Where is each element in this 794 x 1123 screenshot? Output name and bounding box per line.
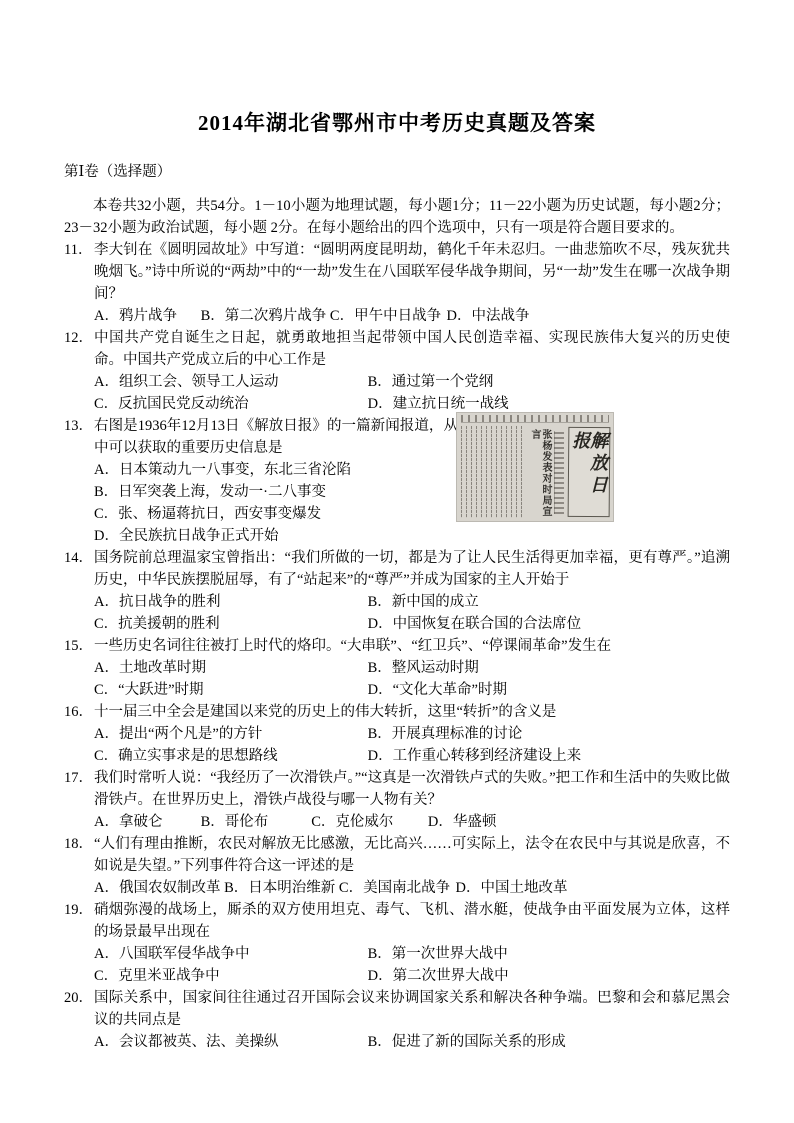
question-stem: 李大钊在《圆明园故址》中写道：“圆明两度昆明劫，鹤化千年未忍归。一曲悲笳吹不尽，… [94,242,730,302]
question-15: 15． 一些历史名词往往被打上时代的烙印。“大串联”、“红卫兵”、“停课闹革命”… [64,635,730,701]
options-grid: A．组织工会、领导工人运动 B．通过第一个党纲 C．反抗国民党反动统治 D．建立… [94,371,730,415]
question-12: 12． 中国共产党自诞生之日起，就勇敢地担当起带领中国人民创造幸福、实现民族伟大… [64,327,730,415]
question-14: 14． 国务院前总理温家宝曾指出：“我们所做的一切，都是为了让人民生活得更加幸福… [64,547,730,635]
option-b: B．通过第一个党纲 [368,371,494,393]
question-stem: 我们时常听人说：“我经历了一次滑铁卢。”“这真是一次滑铁卢式的失败。”把工作和生… [94,770,730,808]
newspaper-subcolumn [554,431,564,514]
option-c: C．确立实事求是的思想路线 [94,745,364,767]
section-heading: 第Ⅰ卷（选择题） [64,161,730,183]
question-stem: 国务院前总理温家宝曾指出：“我们所做的一切，都是为了让人民生活得更加幸福，更有尊… [94,550,730,588]
option-d: D．中国土地改革 [456,877,568,899]
option-a: A．俄国农奴制改革 [94,877,220,899]
question-number: 16． [64,701,94,767]
options-grid: A．会议都被英、法、美操纵 B．促进了新的国际关系的形成 [94,1031,730,1053]
question-11: 11． 李大钊在《圆明园故址》中写道：“圆明两度昆明劫，鹤化千年未忍归。一曲悲笳… [64,239,730,327]
question-number: 11． [64,239,94,327]
newspaper-top-strip [461,415,609,423]
question-stem: 硝烟弥漫的战场上，厮杀的双方使用坦克、毒气、飞机、潜水艇，使战争由平面发展为立体… [94,902,730,940]
option-c: C．克里米亚战争中 [94,965,364,987]
options-row: A．鸦片战争 B．第二次鸦片战争 C．甲午中日战争 D．中法战争 [94,305,730,327]
question-number: 19． [64,899,94,987]
question-number: 17． [64,767,94,833]
option-a: A．提出“两个凡是”的方针 [94,723,364,745]
option-d: D．全民族抗日战争正式开始 [94,525,278,547]
options-list: A．日本策动九一八事变，东北三省沦陷 B．日军突袭上海，发动一·二八事变 C．张… [94,459,458,547]
question-stem: 右图是1936年12月13日《解放日报》的一篇新闻报道，从中可以获取的重要历史信… [94,418,458,456]
option-b: B．哥伦布 [201,811,308,833]
newspaper-text-columns [461,426,525,518]
intro-paragraph: 本卷共32小题，共54分。1－10小题为地理试题，每小题1分；11－22小题为历… [64,195,730,239]
question-number: 14． [64,547,94,635]
question-19: 19． 硝烟弥漫的战场上，厮杀的双方使用坦克、毒气、飞机、潜水艇，使战争由平面发… [64,899,730,987]
option-b: B．日本明治维新 [224,877,335,899]
options-row: A．拿破仑 B．哥伦布 C．克伦威尔 D．华盛顿 [94,811,730,833]
question-number: 18． [64,833,94,899]
question-20: 20． 国际关系中，国家间往往通过召开国际会议来协调国家关系和解决各种争端。巴黎… [64,987,730,1053]
option-a: A．日本策动九一八事变，东北三省沦陷 [94,459,351,481]
option-c: C．甲午中日战争 [330,305,443,327]
option-b: B．第二次鸦片战争 [201,305,327,327]
question-16: 16． 十一届三中全会是建国以来党的历史上的伟大转折，这里“转折”的含义是 A．… [64,701,730,767]
option-c: C．美国南北战争 [339,877,452,899]
newspaper-image: 张杨发表对时局宣言 解放日报 [456,412,614,522]
option-c: C．“大跃进”时期 [94,679,364,701]
option-d: D．中国恢复在联合国的合法席位 [368,613,581,635]
option-b: B．开展真理标准的讨论 [368,723,523,745]
option-d: D．第二次世界大战中 [368,965,509,987]
option-a: A．鸦片战争 [94,305,197,327]
option-d: D．工作重心转移到经济建设上来 [368,745,581,767]
newspaper-masthead: 解放日报 [568,427,611,517]
question-number: 13． [64,415,94,547]
question-stem: 国际关系中，国家间往往通过召开国际会议来协调国家关系和解决各种争端。巴黎和会和慕… [94,990,730,1028]
option-c: C．反抗国民党反动统治 [94,393,364,415]
option-d: D．“文化大革命”时期 [368,679,507,701]
page-title: 2014年湖北省鄂州市中考历史真题及答案 [64,110,730,136]
option-a: A．土地改革时期 [94,657,364,679]
newspaper-headline: 张杨发表对时局宣言 [528,426,552,518]
option-d: D．华盛顿 [428,811,496,833]
option-c: C．克伦威尔 [311,811,424,833]
options-grid: A．八国联军侵华战争中 B．第一次世界大战中 C．克里米亚战争中 D．第二次世界… [94,943,730,987]
question-stem: 中国共产党自诞生之日起，就勇敢地担当起带领中国人民创造幸福、实现民族伟大复兴的历… [94,330,730,368]
option-a: A．组织工会、领导工人运动 [94,371,364,393]
option-a: A．会议都被英、法、美操纵 [94,1031,364,1053]
question-number: 12． [64,327,94,415]
option-c: C．抗美援朝的胜利 [94,613,364,635]
option-a: A．抗日战争的胜利 [94,591,364,613]
question-17: 17． 我们时常听人说：“我经历了一次滑铁卢。”“这真是一次滑铁卢式的失败。”把… [64,767,730,833]
option-d: D．中法战争 [447,305,530,327]
option-b: B．第一次世界大战中 [368,943,508,965]
option-a: A．八国联军侵华战争中 [94,943,364,965]
option-b: B．新中国的成立 [368,591,479,613]
option-c: C．张、杨逼蒋抗日，西安事变爆发 [94,503,321,525]
question-number: 20． [64,987,94,1053]
option-b: B．整风运动时期 [368,657,479,679]
options-row: A．俄国农奴制改革 B．日本明治维新 C．美国南北战争 D．中国土地改革 [94,877,730,899]
question-13: 13． 右图是1936年12月13日《解放日报》的一篇新闻报道，从中可以获取的重… [64,415,730,547]
question-stem: “人们有理由推断，农民对解放无比感激，无比高兴……可实际上，法令在农民中与其说是… [94,836,730,874]
question-18: 18． “人们有理由推断，农民对解放无比感激，无比高兴……可实际上，法令在农民中… [64,833,730,899]
options-grid: A．抗日战争的胜利 B．新中国的成立 C．抗美援朝的胜利 D．中国恢复在联合国的… [94,591,730,635]
options-grid: A．土地改革时期 B．整风运动时期 C．“大跃进”时期 D．“文化大革命”时期 [94,657,730,701]
option-b: B．促进了新的国际关系的形成 [368,1031,566,1053]
option-a: A．拿破仑 [94,811,197,833]
exam-document-page: 2014年湖北省鄂州市中考历史真题及答案 第Ⅰ卷（选择题） 本卷共32小题，共5… [0,0,794,1123]
option-b: B．日军突袭上海，发动一·二八事变 [94,481,326,503]
question-stem: 一些历史名词往往被打上时代的烙印。“大串联”、“红卫兵”、“停课闹革命”发生在 [94,638,611,654]
question-number: 15． [64,635,94,701]
options-grid: A．提出“两个凡是”的方针 B．开展真理标准的讨论 C．确立实事求是的思想路线 … [94,723,730,767]
question-stem: 十一届三中全会是建国以来党的历史上的伟大转折，这里“转折”的含义是 [94,704,556,720]
